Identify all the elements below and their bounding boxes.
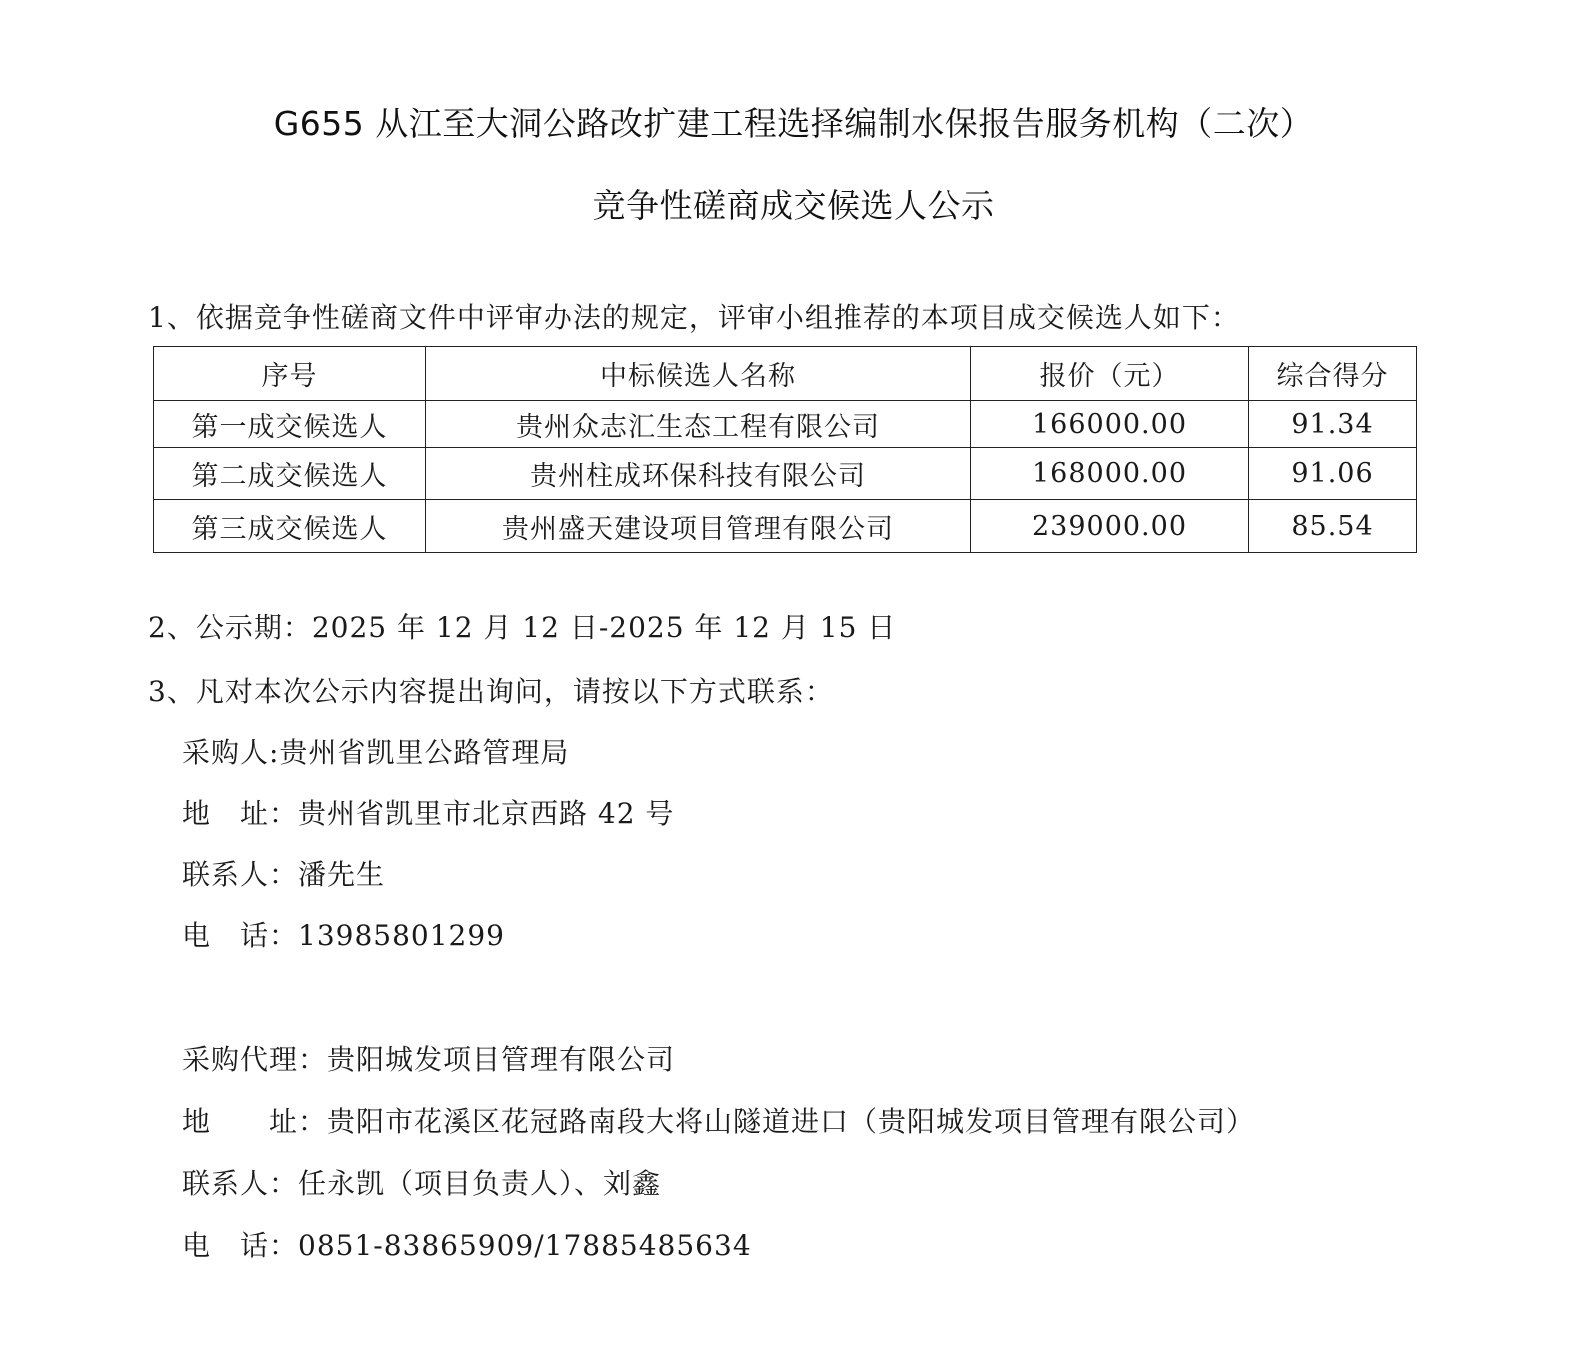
- cell-candidate-name: 贵州盛天建设项目管理有限公司: [426, 500, 971, 553]
- document-title-line2: 竞争性磋商成交候选人公示: [0, 180, 1587, 227]
- agency-phone: 电 话：0851-83865909/17885485634: [182, 1224, 752, 1264]
- table-row: 第二成交候选人 贵州柱成环保科技有限公司 168000.00 91.06: [154, 448, 1417, 500]
- agency-address: 地 址：贵阳市花溪区花冠路南段大将山隧道进口（贵阳城发项目管理有限公司）: [182, 1100, 1255, 1140]
- cell-price: 168000.00: [971, 448, 1249, 500]
- cell-candidate-name: 贵州柱成环保科技有限公司: [426, 448, 971, 500]
- section-2-publicity-period: 2、公示期：2025 年 12 月 12 日-2025 年 12 月 15 日: [148, 606, 896, 646]
- cell-score: 91.34: [1249, 401, 1417, 448]
- header-rank: 序号: [154, 347, 426, 401]
- header-candidate-name: 中标候选人名称: [426, 347, 971, 401]
- cell-candidate-name: 贵州众志汇生态工程有限公司: [426, 401, 971, 448]
- cell-rank: 第三成交候选人: [154, 500, 426, 553]
- purchaser-contact: 联系人：潘先生: [182, 853, 385, 893]
- purchaser-name: 采购人:贵州省凯里公路管理局: [182, 731, 569, 771]
- cell-price: 166000.00: [971, 401, 1249, 448]
- table-header-row: 序号 中标候选人名称 报价（元） 综合得分: [154, 347, 1417, 401]
- section-1-intro: 1、依据竞争性磋商文件中评审办法的规定，评审小组推荐的本项目成交候选人如下：: [148, 296, 1240, 336]
- purchaser-address: 地 址：贵州省凯里市北京西路 42 号: [182, 792, 674, 832]
- cell-score: 85.54: [1249, 500, 1417, 553]
- cell-score: 91.06: [1249, 448, 1417, 500]
- table-row: 第三成交候选人 贵州盛天建设项目管理有限公司 239000.00 85.54: [154, 500, 1417, 553]
- agency-name: 采购代理：贵阳城发项目管理有限公司: [182, 1038, 675, 1078]
- cell-price: 239000.00: [971, 500, 1249, 553]
- agency-contact: 联系人：任永凯（项目负责人）、刘鑫: [182, 1162, 661, 1202]
- header-score: 综合得分: [1249, 347, 1417, 401]
- header-price: 报价（元）: [971, 347, 1249, 401]
- section-3-contact-intro: 3、凡对本次公示内容提出询问，请按以下方式联系：: [148, 670, 834, 710]
- purchaser-phone: 电 话：13985801299: [182, 914, 505, 954]
- document-title-line1: G655 从江至大洞公路改扩建工程选择编制水保报告服务机构（二次）: [0, 98, 1587, 145]
- cell-rank: 第二成交候选人: [154, 448, 426, 500]
- table-row: 第一成交候选人 贵州众志汇生态工程有限公司 166000.00 91.34: [154, 401, 1417, 448]
- cell-rank: 第一成交候选人: [154, 401, 426, 448]
- candidates-table: 序号 中标候选人名称 报价（元） 综合得分 第一成交候选人 贵州众志汇生态工程有…: [153, 346, 1417, 553]
